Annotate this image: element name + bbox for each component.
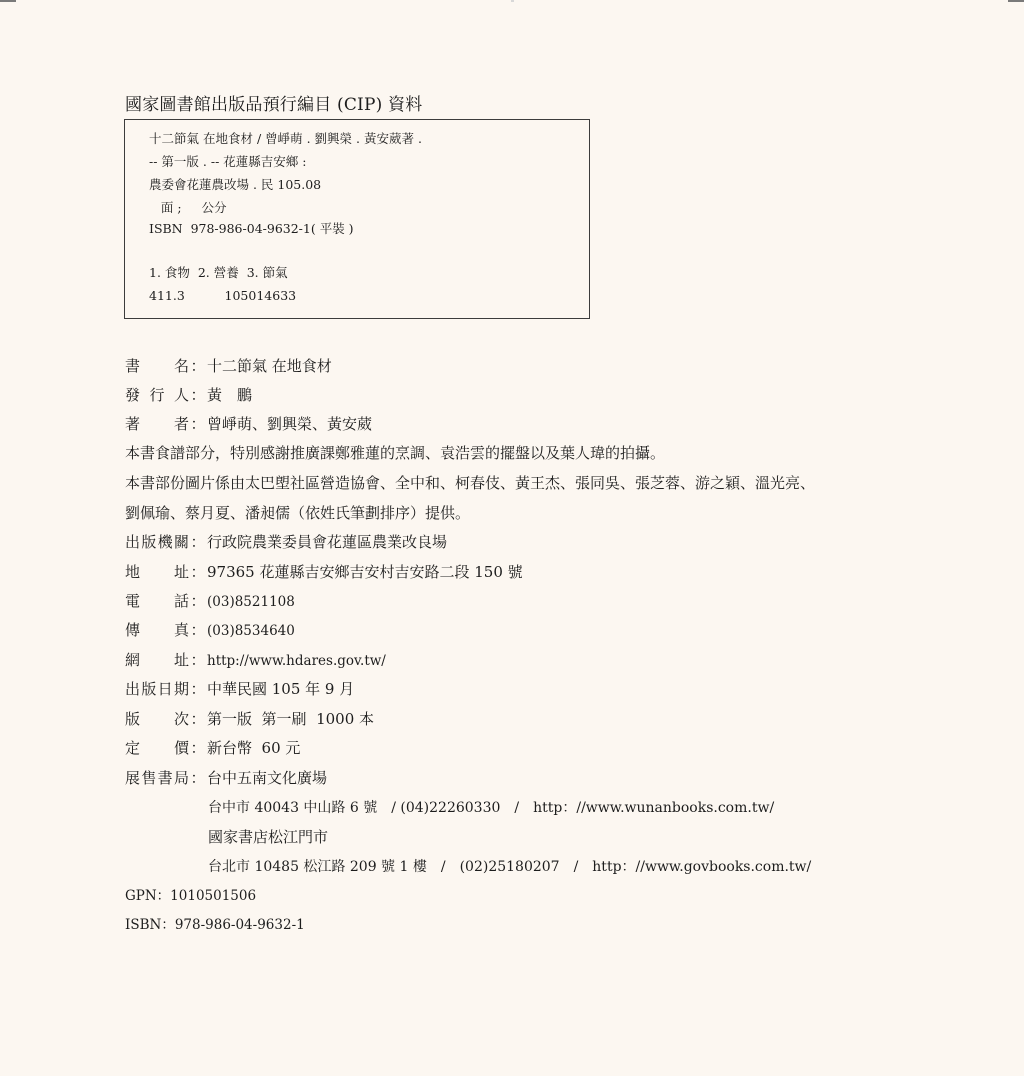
bookstore-taipei-detail: 台北市 10485 松江路 209 號 1 樓 / (02)25180207 /… bbox=[208, 857, 811, 877]
field-value: 曾崢萌、劉興榮、黃安葳 bbox=[207, 415, 372, 433]
field-label: 定價 bbox=[125, 738, 189, 758]
field-value: 第一版 第一刷 1000 本 bbox=[207, 710, 374, 728]
cip-line-pages: 面 ; 公分 bbox=[149, 200, 226, 216]
field-value: (03)8521108 bbox=[207, 594, 295, 610]
field-value: 97365 花蓮縣吉安鄉吉安村吉安路二段 150 號 bbox=[207, 563, 523, 581]
field-label: 版次 bbox=[125, 709, 189, 729]
info-authors: 著者：曾崢萌、劉興榮、黃安葳 bbox=[125, 414, 372, 434]
field-label: 出版日期 bbox=[125, 679, 189, 699]
field-label: 出版機關 bbox=[125, 532, 189, 552]
cip-line-subjects: 1. 食物 2. 營養 3. 節氣 bbox=[149, 265, 288, 281]
field-value: 十二節氣 在地食材 bbox=[207, 357, 332, 375]
cip-line-classification: 411.3 105014633 bbox=[149, 288, 296, 304]
field-label: 網址 bbox=[125, 650, 189, 670]
thanks-note: 本書食譜部分，特別感謝推廣課鄭雅蓮的烹調、袁浩雲的擺盤以及葉人瑋的拍攝。 bbox=[125, 443, 665, 463]
field-label: 發行人 bbox=[125, 385, 189, 405]
crop-mark-top-left bbox=[0, 0, 16, 2]
info-publish-date: 出版日期：中華民國 105 年 9 月 bbox=[125, 679, 354, 699]
gpn-number: GPN：1010501506 bbox=[125, 886, 256, 906]
field-value: 中華民國 105 年 9 月 bbox=[207, 680, 354, 698]
field-label: 傳真 bbox=[125, 620, 189, 640]
info-website: 網址：http://www.hdares.gov.tw/ bbox=[125, 650, 386, 671]
cip-record-box: 十二節氣 在地食材 / 曾崢萌 . 劉興榮 . 黃安葳著 . -- 第一版 . … bbox=[124, 119, 590, 319]
crop-mark-top-center bbox=[511, 0, 514, 2]
field-label: 書名 bbox=[125, 356, 189, 376]
photo-credit-line-1: 本書部份圖片係由太巴塱社區營造協會、全中和、柯春伎、黃王杰、張同吳、張芝蓉、游之… bbox=[125, 473, 815, 493]
cip-line-publisher: 農委會花蓮農改場 . 民 105.08 bbox=[149, 177, 321, 193]
crop-mark-top-right bbox=[1008, 0, 1024, 2]
field-label: 展售書局 bbox=[125, 768, 189, 788]
info-bookstores: 展售書局：台中五南文化廣場 bbox=[125, 768, 327, 788]
bookstore-taichung-detail: 台中市 40043 中山路 6 號 / (04)22260330 / http：… bbox=[208, 798, 774, 818]
cip-line-edition: -- 第一版 . -- 花蓮縣吉安鄉 : bbox=[149, 154, 306, 170]
field-label: 地址 bbox=[125, 562, 189, 582]
field-value: 黃 鵬 bbox=[207, 386, 252, 404]
photo-credit-line-2: 劉佩瑜、蔡月夏、潘昶儒（依姓氏筆劃排序）提供。 bbox=[125, 503, 470, 523]
info-price: 定價：新台幣 60 元 bbox=[125, 738, 300, 758]
field-value: 台中五南文化廣場 bbox=[207, 769, 327, 787]
info-phone: 電話：(03)8521108 bbox=[125, 591, 295, 612]
cip-title: 國家圖書館出版品預行編目 (CIP) 資料 bbox=[125, 90, 422, 115]
field-value: 行政院農業委員會花蓮區農業改良場 bbox=[207, 533, 447, 551]
info-fax: 傳真：(03)8534640 bbox=[125, 620, 295, 641]
info-address: 地址：97365 花蓮縣吉安鄉吉安村吉安路二段 150 號 bbox=[125, 562, 523, 582]
field-value: 新台幣 60 元 bbox=[207, 739, 300, 757]
info-publisher-person: 發行人：黃 鵬 bbox=[125, 385, 252, 405]
field-value: (03)8534640 bbox=[207, 623, 295, 639]
bookstore-taipei-name: 國家書店松江門市 bbox=[208, 827, 328, 847]
isbn-number: ISBN：978-986-04-9632-1 bbox=[125, 915, 305, 935]
website-link[interactable]: http://www.hdares.gov.tw/ bbox=[207, 653, 386, 669]
info-book-name: 書名：十二節氣 在地食材 bbox=[125, 356, 332, 376]
cip-line-isbn: ISBN 978-986-04-9632-1( 平裝 ) bbox=[149, 221, 354, 237]
info-publisher-org: 出版機關：行政院農業委員會花蓮區農業改良場 bbox=[125, 532, 447, 552]
field-label: 著者 bbox=[125, 414, 189, 434]
cip-line-title: 十二節氣 在地食材 / 曾崢萌 . 劉興榮 . 黃安葳著 . bbox=[149, 131, 422, 147]
field-label: 電話 bbox=[125, 591, 189, 611]
info-edition: 版次：第一版 第一刷 1000 本 bbox=[125, 709, 374, 729]
